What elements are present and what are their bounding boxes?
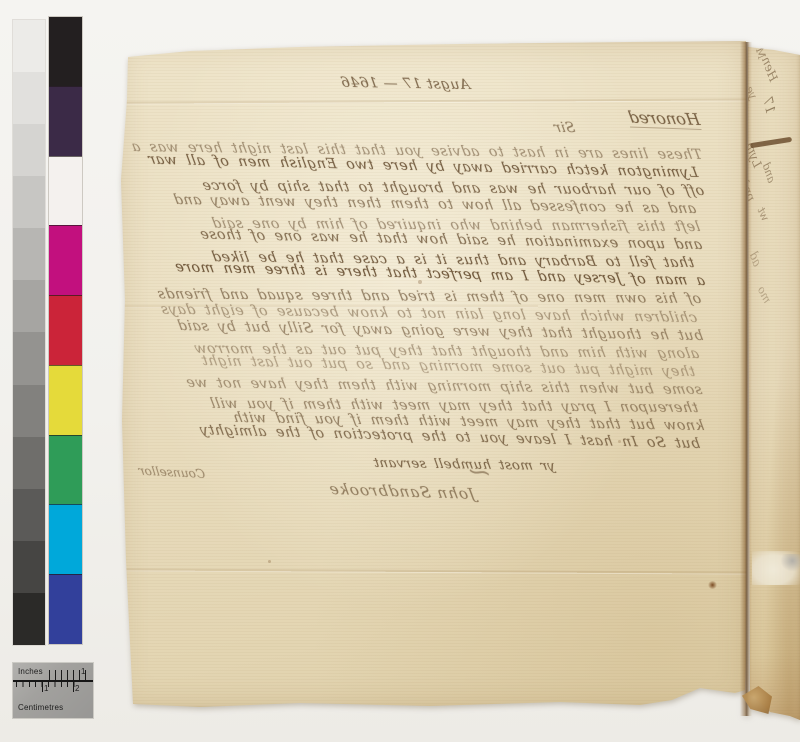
handwriting-salutation: Honored bbox=[627, 110, 702, 130]
fragment-shadow bbox=[781, 554, 800, 571]
scribble-fragment: and bbox=[759, 161, 778, 185]
document-pages: Augst 17 — 1646 Honored Sir yr most humb… bbox=[0, 0, 800, 742]
scribble-fragment: Hen bbox=[759, 55, 781, 84]
fold-gutter bbox=[740, 42, 752, 716]
handwriting-date: Augst 17 — 1646 bbox=[339, 76, 471, 92]
handwriting-closing: yr most humbell servant bbox=[372, 457, 556, 473]
scribble-fragment: wt bbox=[754, 205, 772, 223]
conjugate-leaf: MrHenye17Lymandprdwtadmo bbox=[744, 44, 800, 720]
photograph-canvas: Inches 1 1 2 Centimetres Augst 17 — 1646… bbox=[0, 0, 800, 742]
letter-page: Augst 17 — 1646 Honored Sir yr most humb… bbox=[118, 40, 748, 708]
handwriting-signature: John Sandbrooke bbox=[327, 482, 476, 502]
scribble-fragment: mo bbox=[755, 284, 774, 305]
handwriting-line: some but when this ship morning with the… bbox=[185, 376, 704, 397]
handwriting-flourish: ~ bbox=[465, 461, 494, 486]
handwriting-layer: Augst 17 — 1646 Honored Sir yr most humb… bbox=[118, 40, 748, 708]
scribble-fragment: 17 bbox=[759, 96, 777, 115]
handwriting-docket-word: Counsellor bbox=[138, 465, 206, 480]
handwriting-sir: Sir bbox=[553, 121, 576, 135]
